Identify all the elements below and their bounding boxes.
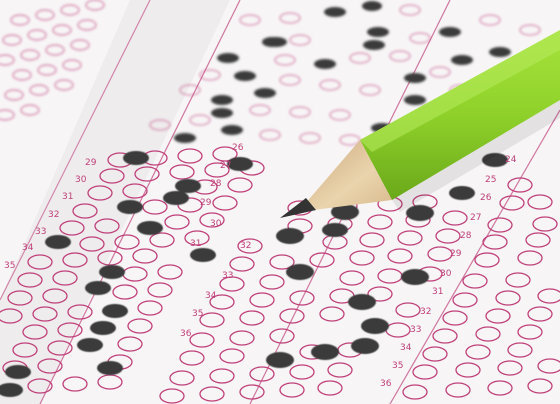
svg-text:35: 35 [192, 309, 203, 319]
svg-text:26: 26 [232, 143, 244, 153]
svg-text:25: 25 [485, 175, 496, 185]
svg-text:29: 29 [450, 249, 462, 259]
svg-text:29: 29 [200, 198, 212, 208]
svg-text:34: 34 [22, 243, 34, 253]
svg-text:31: 31 [190, 239, 201, 249]
svg-text:36: 36 [180, 329, 192, 339]
svg-text:30: 30 [440, 269, 452, 279]
svg-text:34: 34 [400, 343, 412, 353]
svg-text:32: 32 [420, 307, 431, 317]
svg-text:30: 30 [75, 175, 87, 185]
svg-text:35: 35 [392, 361, 403, 371]
svg-text:28: 28 [460, 231, 472, 241]
svg-text:31: 31 [432, 287, 443, 297]
answer-sheet: 29303132333435 [0, 0, 560, 404]
svg-text:33: 33 [410, 325, 421, 335]
svg-text:33: 33 [222, 271, 233, 281]
svg-text:31: 31 [62, 192, 73, 202]
svg-text:26: 26 [480, 193, 492, 203]
svg-text:24: 24 [505, 155, 517, 165]
svg-text:36: 36 [380, 379, 392, 389]
svg-text:30: 30 [210, 219, 222, 229]
svg-text:27: 27 [220, 161, 231, 171]
answer-sheet-photo: 29303132333435 [0, 0, 560, 404]
svg-text:34: 34 [205, 291, 217, 301]
svg-text:35: 35 [4, 261, 15, 271]
svg-text:28: 28 [210, 179, 222, 189]
svg-text:29: 29 [85, 158, 97, 168]
svg-text:33: 33 [35, 227, 46, 237]
svg-text:32: 32 [240, 241, 251, 251]
svg-text:32: 32 [48, 210, 59, 220]
svg-text:27: 27 [470, 213, 481, 223]
